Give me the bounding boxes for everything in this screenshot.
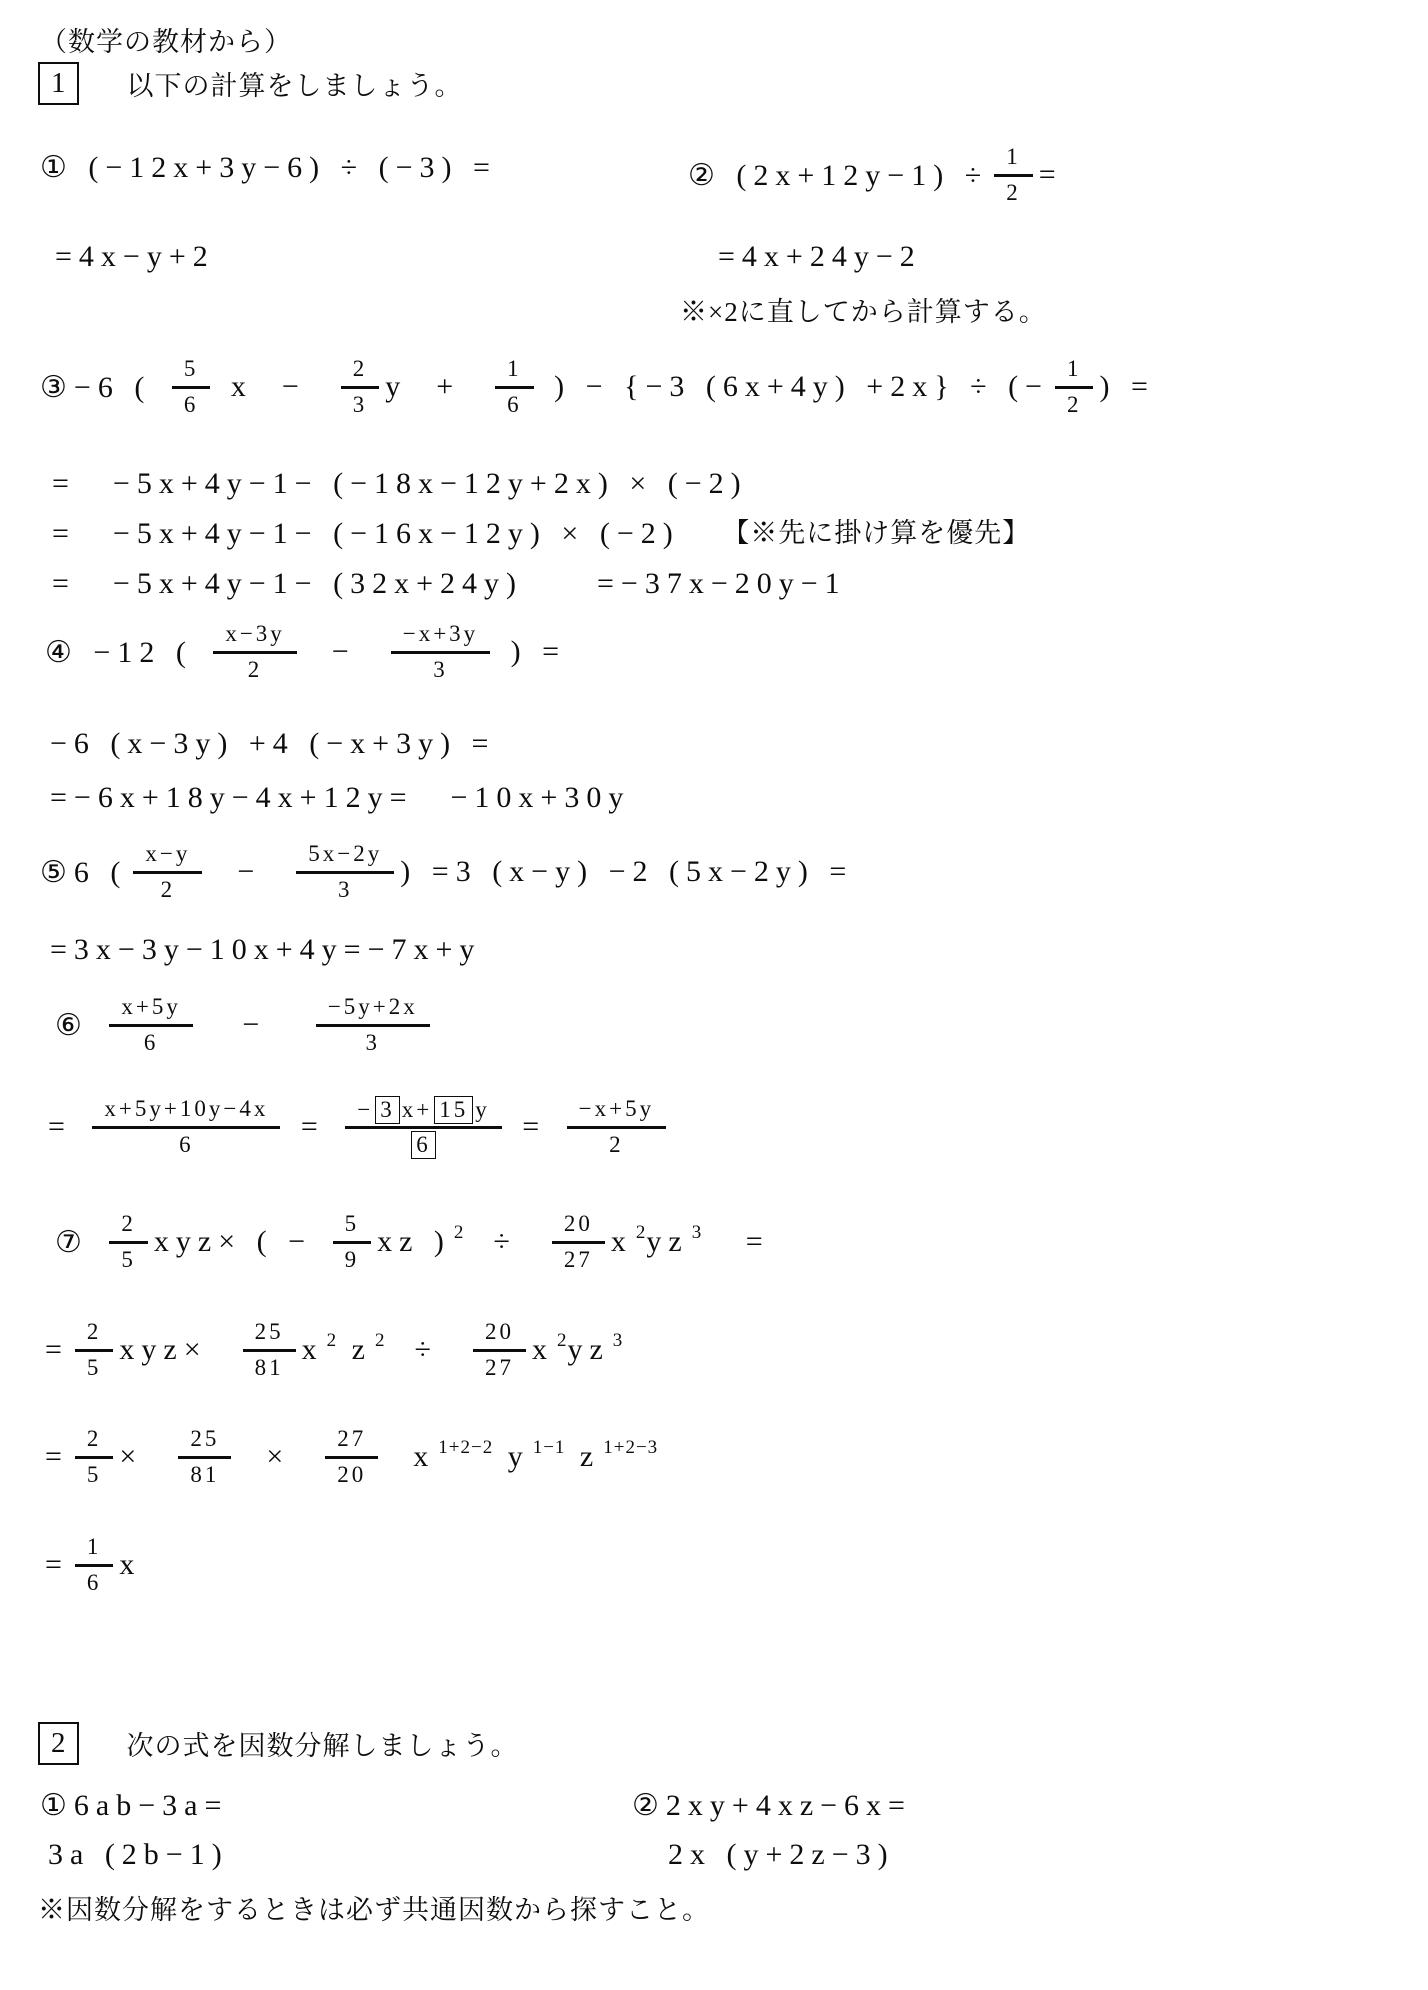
power-exponent: 3 <box>613 1330 624 1351</box>
fraction-numerator: 5 <box>172 355 211 389</box>
power-exponent: 2 <box>636 1222 647 1243</box>
problem7-question: ⑦ 25xyz× ( − 59xz )2 ÷ 2027x2yz3 = <box>55 1210 770 1275</box>
problem3-step2: = −5x+4y−1− (−16x−12y) × (−2) 【※先に掛け算を優先… <box>52 508 1030 552</box>
section1-header: 1 以下の計算をしましょう。 <box>38 62 463 105</box>
math-text: x <box>119 1548 141 1582</box>
fraction: 23 <box>341 355 380 420</box>
problem4-step2: =−6x+18y−4x+12y= −10x+30y <box>50 772 630 816</box>
fraction-denominator: 5 <box>81 1459 108 1490</box>
math-text: ⑥ <box>55 1008 103 1043</box>
math-text: ) − {−3 (6x+4y) +2x} ÷ (− <box>540 370 1049 404</box>
fraction-denominator: 27 <box>558 1244 599 1275</box>
fraction-denominator: 6 <box>81 1567 108 1598</box>
math-text: =4x+24y−2 <box>718 240 922 274</box>
math-text: ①6ab−3a= <box>40 1788 228 1823</box>
problem1-answer: =4x−y+2 <box>55 240 215 274</box>
fraction-numerator: −x+3y <box>391 620 490 654</box>
math-text: = <box>508 1110 561 1144</box>
power-exponent: 2 <box>327 1330 338 1351</box>
fraction-numerator: 20 <box>473 1318 526 1352</box>
japanese-text: ※因数分解をするときは必ず共通因数から探すこと。 <box>38 1888 710 1927</box>
math-text: 3a (2b−1) <box>48 1838 229 1872</box>
fraction-numerator: 2 <box>75 1318 114 1352</box>
problem6-step1: = x+5y+10y−4x6 = −3x+15y6 = −x+5y2 <box>48 1095 672 1160</box>
math-text: = −5x+4y−1− (−16x−12y) × (−2) <box>52 508 680 552</box>
factor2-question: ②2xy+4xz−6x= <box>632 1788 912 1823</box>
japanese-text: 次の式を因数分解しましょう。 <box>99 1724 519 1763</box>
math-text <box>493 1440 508 1474</box>
power-term: yz3 <box>567 1333 623 1367</box>
math-text: = <box>45 1548 69 1582</box>
fraction: 25 <box>75 1318 114 1383</box>
fraction-denominator: 9 <box>339 1244 366 1275</box>
japanese-text: （数学の教材から） <box>40 20 292 59</box>
fraction: 56 <box>172 355 211 420</box>
math-text: xz <box>377 1225 434 1259</box>
math-text: ②2xy+4xz−6x= <box>632 1788 912 1823</box>
fraction-numerator: −3x+15y <box>345 1096 501 1130</box>
fraction-denominator: 3 <box>360 1027 387 1058</box>
math-text: x − <box>216 370 334 404</box>
math-text: ① (−12x+3y−6) ÷ (−3) = <box>40 150 497 185</box>
section-number-box: 2 <box>38 1722 79 1765</box>
fraction-numerator: 1 <box>495 355 534 389</box>
problem3-question: ③−6 ( 56 x − 23y + 16 ) − {−3 (6x+4y) +2… <box>40 355 1155 420</box>
power-base: yz <box>567 1333 609 1366</box>
power-base: x <box>611 1225 633 1258</box>
worksheet-source-note: （数学の教材から） <box>40 20 292 59</box>
fraction-numerator: −5y+2x <box>316 993 430 1027</box>
fraction-denominator: 2 <box>1000 177 1027 208</box>
math-text: ) = <box>496 635 566 669</box>
fraction: 2027 <box>552 1210 605 1275</box>
fraction-denominator: 20 <box>331 1459 372 1490</box>
math-text: ③−6 ( <box>40 370 166 405</box>
fraction: 25 <box>75 1425 114 1490</box>
fraction-denominator: 6 <box>403 1129 444 1158</box>
math-text: =3x−3y−10x+4y=−7x+y <box>50 933 481 967</box>
fraction: 25 <box>109 1210 148 1275</box>
problem2-answer: =4x+24y−2 <box>718 240 922 274</box>
problem6-question: ⑥ x+5y6 − −5y+2x3 <box>55 993 436 1058</box>
math-text: ② (2x+12y−1) ÷ <box>688 158 988 193</box>
fraction-numerator: 2 <box>109 1210 148 1244</box>
fraction-numerator: x+5y <box>109 993 192 1027</box>
fraction: 2720 <box>325 1425 378 1490</box>
fraction: −5y+2x3 <box>316 993 430 1058</box>
power-term: x2 <box>611 1225 647 1259</box>
fraction-denominator: 3 <box>347 389 374 420</box>
power-exponent: 1+2−3 <box>603 1437 658 1458</box>
math-text: ⑦ <box>55 1225 103 1260</box>
math-text <box>337 1333 352 1367</box>
fraction-denominator: 2 <box>603 1129 630 1160</box>
fraction-denominator: 27 <box>479 1352 520 1383</box>
math-text: =−6x+18y−4x+12y= −10x+30y <box>50 772 630 816</box>
power-term: x1+2−2 <box>413 1440 493 1474</box>
problem1-question: ① (−12x+3y−6) ÷ (−3) = <box>40 150 497 185</box>
section-number-box: 1 <box>38 62 79 105</box>
fraction-numerator: x−3y <box>213 620 296 654</box>
fraction: 59 <box>333 1210 372 1275</box>
fraction: −x+3y3 <box>391 620 490 685</box>
math-text: x+ <box>402 1096 432 1125</box>
math-text: = <box>45 1333 69 1367</box>
fraction: −x+5y2 <box>567 1095 666 1160</box>
fraction-numerator: 1 <box>1055 355 1094 389</box>
power-base: z <box>352 1333 372 1366</box>
power-exponent: 1+2−2 <box>438 1437 493 1458</box>
fraction-numerator: 27 <box>325 1425 378 1459</box>
math-text: − <box>208 855 290 889</box>
fraction-numerator: 20 <box>552 1210 605 1244</box>
fraction: x−y2 <box>133 840 202 905</box>
problem3-step1: = −5x+4y−1− (−18x−12y+2x) × (−2) <box>52 458 748 502</box>
fraction-numerator: 2 <box>341 355 380 389</box>
problem7-step1: =25xyz× 2581x2 z2 ÷ 2027x2yz3 <box>45 1318 623 1383</box>
fraction: 2581 <box>178 1425 231 1490</box>
math-text: xyz× ( − <box>154 1225 327 1259</box>
power-base: x <box>532 1333 554 1366</box>
math-text: = <box>48 1110 86 1144</box>
power-base: y <box>508 1440 530 1473</box>
fraction-numerator: x+5y+10y−4x <box>92 1095 280 1129</box>
fraction-denominator: 5 <box>81 1352 108 1383</box>
math-text: −6 (x−3y) +4 (−x+3y) = <box>50 727 495 761</box>
factor2-answer: 2x (y+2z−3) <box>668 1838 895 1872</box>
factor1-answer: 3a (2b−1) <box>48 1838 229 1872</box>
problem7-step2: =25× 2581 × 2720 x1+2−2 y1−1 z1+2−3 <box>45 1425 658 1490</box>
math-text: ) = <box>1099 370 1154 404</box>
math-text: = <box>45 1440 69 1474</box>
power-base: yz <box>646 1225 688 1258</box>
fraction-denominator: 2 <box>242 654 269 685</box>
boxed-answer-value: 15 <box>434 1096 473 1123</box>
power-term: y1−1 <box>508 1440 566 1474</box>
factoring-rule-note: ※因数分解をするときは必ず共通因数から探すこと。 <box>38 1888 710 1927</box>
problem7-step3: =16x <box>45 1533 141 1598</box>
power-term: x2 <box>532 1333 568 1367</box>
fraction: 2581 <box>243 1318 296 1383</box>
fraction-denominator: 2 <box>155 874 182 905</box>
problem3-step3: = −5x+4y−1− (32x+24y) =−37x−20y−1 <box>52 558 847 602</box>
math-text: =4x−y+2 <box>55 240 215 274</box>
power-exponent: 3 <box>692 1222 703 1243</box>
fraction-numerator: −x+5y <box>567 1095 666 1129</box>
math-text: ) =3 (x−y) −2 (5x−2y) = <box>400 855 853 889</box>
math-text: × <box>119 1440 172 1474</box>
problem5-question: ⑤6 (x−y2 − 5x−2y3) =3 (x−y) −2 (5x−2y) = <box>40 840 853 905</box>
fraction: 12 <box>1055 355 1094 420</box>
math-text: ÷ <box>385 1333 466 1367</box>
power-exponent: 2 <box>375 1330 386 1351</box>
fraction: x+5y6 <box>109 993 192 1058</box>
problem5-step1: =3x−3y−10x+4y=−7x+y <box>50 933 481 967</box>
fraction: 16 <box>495 355 534 420</box>
fraction-denominator: 2 <box>1061 389 1088 420</box>
problem4-step1: −6 (x−3y) +4 (−x+3y) = <box>50 727 495 761</box>
japanese-text: 【※先に掛け算を優先】 <box>680 511 1031 550</box>
math-text: y <box>475 1096 490 1125</box>
math-text: = <box>286 1110 339 1144</box>
power-term: x2 <box>302 1333 338 1367</box>
fraction-denominator: 81 <box>249 1352 290 1383</box>
fraction: x+5y+10y−4x6 <box>92 1095 280 1160</box>
fraction: −3x+15y6 <box>345 1096 501 1159</box>
fraction-denominator: 81 <box>184 1459 225 1490</box>
math-text: − <box>199 1008 310 1042</box>
fraction-numerator: 1 <box>75 1533 114 1567</box>
fraction-denominator: 6 <box>178 389 205 420</box>
japanese-text: 以下の計算をしましょう。 <box>99 64 463 103</box>
section2-header: 2 次の式を因数分解しましょう。 <box>38 1722 519 1765</box>
problem2-hint-note: ※×2に直してから計算する。 <box>680 290 1047 329</box>
fraction-denominator: 5 <box>115 1244 142 1275</box>
problem2-question: ② (2x+12y−1) ÷12= <box>688 143 1063 208</box>
math-text: − <box>303 635 385 669</box>
boxed-answer-value: 3 <box>375 1096 400 1123</box>
fraction: x−3y2 <box>213 620 296 685</box>
math-text: ⑤6 ( <box>40 855 127 890</box>
fraction: 16 <box>75 1533 114 1598</box>
math-text: = <box>1039 158 1063 192</box>
math-text: xyz× <box>119 1333 236 1367</box>
power-base: x <box>413 1440 435 1473</box>
factor1-question: ①6ab−3a= <box>40 1788 228 1823</box>
fraction-numerator: x−y <box>133 840 202 874</box>
worksheet-page: （数学の教材から）1 以下の計算をしましょう。① (−12x+3y−6) ÷ (… <box>0 0 1428 1990</box>
fraction-denominator: 6 <box>138 1027 165 1058</box>
math-text: − <box>357 1096 373 1125</box>
problem4-question: ④ −12 ( x−3y2 − −x+3y3 ) = <box>45 620 566 685</box>
fraction-numerator: 2 <box>75 1425 114 1459</box>
fraction-denominator: 6 <box>173 1129 200 1160</box>
power-exponent: 1−1 <box>533 1437 566 1458</box>
math-text: = −5x+4y−1− (32x+24y) =−37x−20y−1 <box>52 558 847 602</box>
power-exponent: 2 <box>557 1330 568 1351</box>
power-base: z <box>580 1440 600 1473</box>
fraction-numerator: 5x−2y <box>296 840 394 874</box>
fraction-denominator: 6 <box>501 389 528 420</box>
math-text <box>384 1440 413 1474</box>
power-term: )2 <box>434 1225 465 1259</box>
math-text: = −5x+4y−1− (−18x−12y+2x) × (−2) <box>52 458 748 502</box>
power-exponent: 2 <box>454 1222 465 1243</box>
power-base: x <box>302 1333 324 1366</box>
power-term: z1+2−3 <box>580 1440 658 1474</box>
japanese-text: ※×2に直してから計算する。 <box>680 290 1047 329</box>
fraction-numerator: 5 <box>333 1210 372 1244</box>
math-text: ÷ <box>464 1225 545 1259</box>
fraction: 5x−2y3 <box>296 840 394 905</box>
math-text: y + <box>385 370 489 404</box>
boxed-answer-value: 6 <box>411 1131 436 1158</box>
power-term: z2 <box>352 1333 386 1367</box>
power-base: ) <box>434 1225 451 1258</box>
fraction-numerator: 25 <box>243 1318 296 1352</box>
math-text: 2x (y+2z−3) <box>668 1838 895 1872</box>
fraction-numerator: 25 <box>178 1425 231 1459</box>
power-term: yz3 <box>646 1225 702 1259</box>
fraction-numerator: 1 <box>994 143 1033 177</box>
fraction-denominator: 3 <box>427 654 454 685</box>
math-text: ④ −12 ( <box>45 635 207 670</box>
fraction: 2027 <box>473 1318 526 1383</box>
math-text: × <box>237 1440 319 1474</box>
math-text <box>565 1440 580 1474</box>
fraction-denominator: 3 <box>332 874 359 905</box>
fraction: 12 <box>994 143 1033 208</box>
math-text: = <box>702 1225 769 1259</box>
